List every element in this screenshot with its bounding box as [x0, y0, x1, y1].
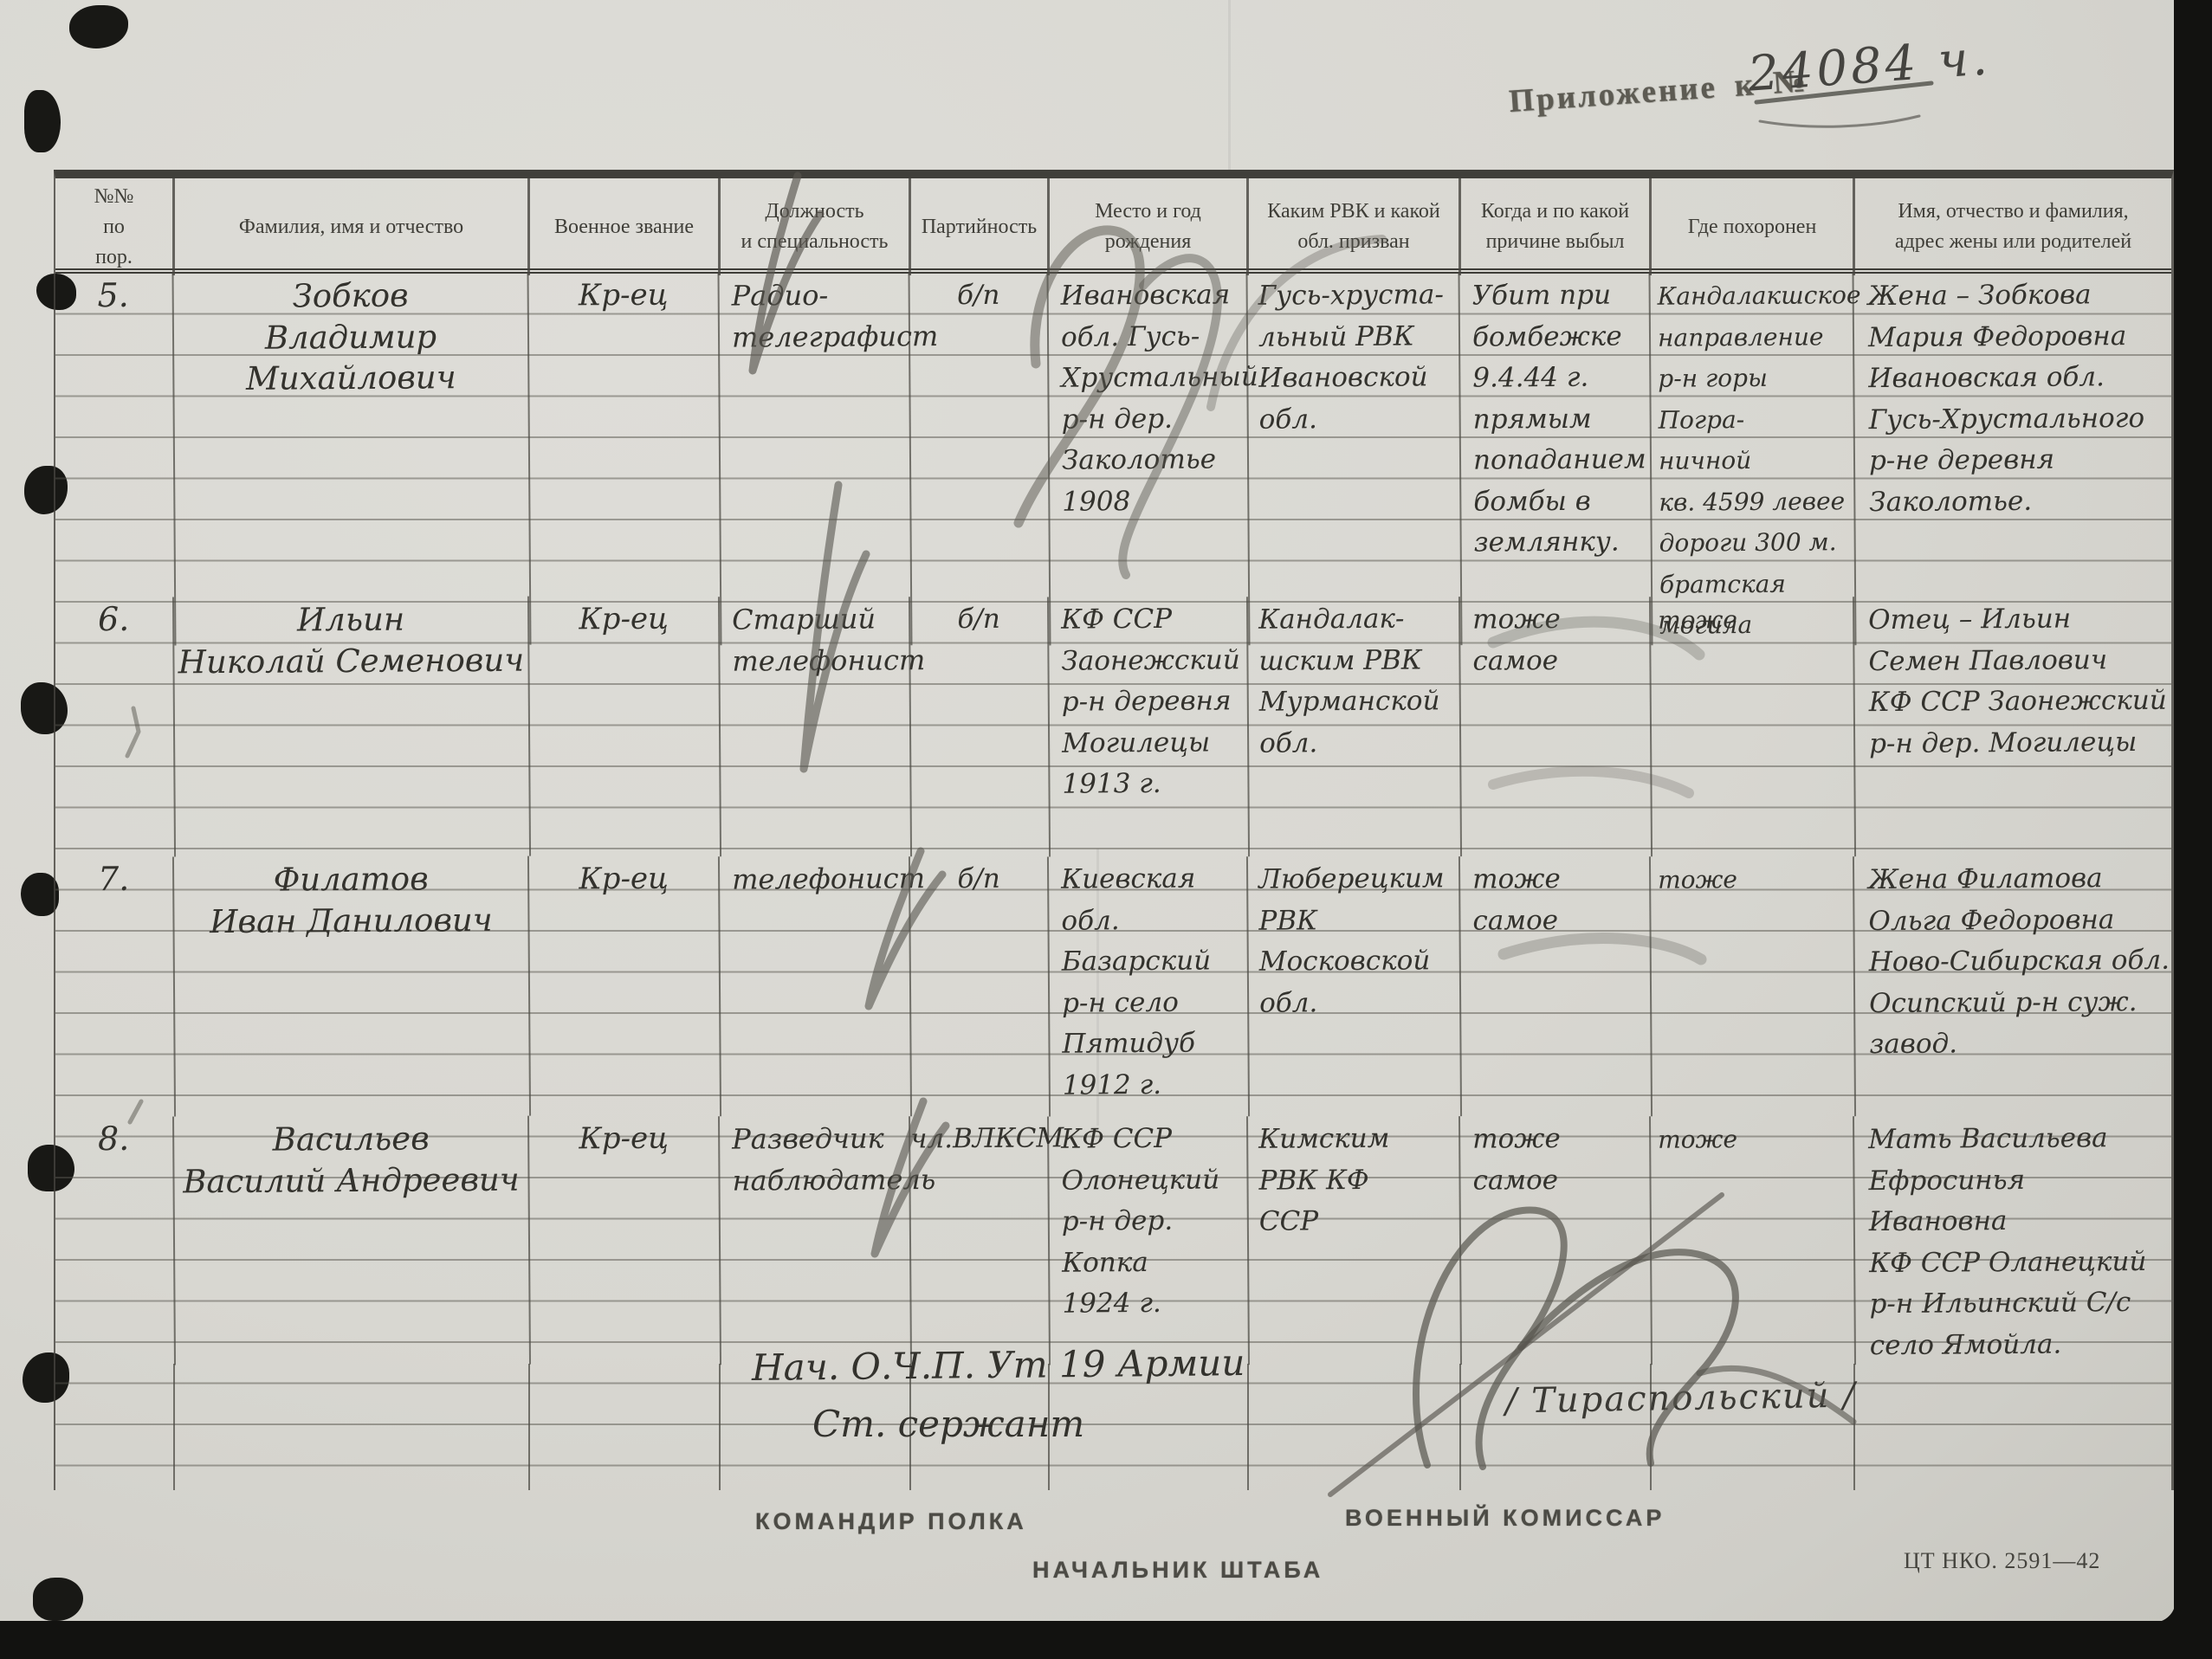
footer-chief-of-staff-title: НАЧАЛЬНИК ШТАБА: [1032, 1557, 1323, 1584]
cell-position: Радио- телеграфист: [720, 273, 913, 646]
table-row: 7. Филатов Иван Данилович Кр-ец телефони…: [55, 857, 2171, 1117]
header-name: Фамилия, имя и отчество: [175, 178, 530, 275]
signature-name: / Тираспольский /: [1505, 1375, 1857, 1421]
cell-position: телефонист: [720, 856, 912, 1118]
cell-empty: [1249, 1364, 1461, 1490]
cell-number: 7.: [55, 857, 176, 1118]
cell-empty: [1855, 1364, 2171, 1490]
paper-tear: [24, 90, 61, 152]
header-rank: Военное звание: [530, 178, 721, 275]
cell-position: Разведчик наблюдатель: [720, 1116, 912, 1366]
cell-rank: Кр-ец: [529, 273, 722, 646]
cell-name: Васильев Василий Андреевич: [174, 1116, 531, 1367]
cell-rank: Кр-ец: [529, 597, 721, 858]
cell-reason: тоже самое: [1460, 597, 1653, 858]
cell-family: Жена – Зобкова Мария Федоровна Ивановска…: [1854, 273, 2173, 647]
cell-name: Ильин Николай Семенович: [174, 597, 531, 859]
signature-line-rank: Ст. сержант: [812, 1403, 1084, 1445]
cell-empty: [530, 1364, 721, 1490]
scanned-casualty-list-page: Приложение к № 24084 ч. №№ по пор. Фамил…: [0, 0, 2212, 1659]
header-party: Партийность: [911, 178, 1050, 275]
table-header-row: №№ по пор. Фамилия, имя и отчество Военн…: [55, 178, 2171, 274]
cell-rvk: Кимским РВК КФ ССР: [1248, 1116, 1462, 1366]
cell-party: б/п: [910, 597, 1051, 857]
header-reason: Когда и по какой причине выбыл: [1461, 178, 1652, 275]
cell-reason: тоже самое: [1460, 856, 1653, 1118]
cell-empty: [175, 1364, 530, 1490]
cell-name: Филатов Иван Данилович: [174, 856, 531, 1119]
cell-buried: Кандалакшское направление р-н горы Погра…: [1651, 273, 1857, 646]
cell-rvk: Люберецким РВК Московской обл.: [1248, 856, 1462, 1118]
cell-name: Зобков Владимир Михайлович: [174, 273, 532, 647]
cell-buried: тоже: [1651, 597, 1856, 858]
cell-rvk: Гусь-хруста- льный РВК Ивановской обл.: [1248, 273, 1463, 646]
cell-family: Мать Васильева Ефросинья Ивановна КФ ССР…: [1854, 1116, 2172, 1367]
cell-rvk: Кандалак- шским РВК Мурманской обл.: [1248, 597, 1462, 858]
cell-birth: КФ ССР Заонежский р-н деревня Могилецы 1…: [1049, 597, 1250, 858]
header-number: №№ по пор.: [55, 178, 175, 275]
cell-birth: Киевская обл. Базарский р-н село Пятидуб…: [1049, 856, 1250, 1118]
scan-edge-bottom: [0, 1621, 2212, 1659]
header-position: Должность и специальность: [721, 178, 911, 275]
cell-number: 6.: [55, 597, 176, 858]
scan-edge-right: [2174, 0, 2212, 1659]
header-rvk: Каким РВК и какой обл. призван: [1249, 178, 1461, 275]
footer-commissar-title: ВОЕННЫЙ КОМИССАР: [1345, 1505, 1665, 1532]
cell-party: чл.ВЛКСМ: [910, 1116, 1051, 1365]
cell-buried: тоже: [1651, 856, 1856, 1118]
cell-birth: Ивановская обл. Гусь- Хрустальный р-н де…: [1049, 273, 1251, 646]
cell-party: б/п: [910, 273, 1051, 646]
cell-reason: Убит при бомбежке 9.4.44 г. прямым попад…: [1460, 273, 1653, 646]
header-family: Имя, отчество и фамилия, адрес жены или …: [1855, 178, 2171, 275]
cell-family: Отец – Ильин Семен Павлович КФ ССР Заоне…: [1854, 597, 2172, 859]
cell-birth: КФ ССР Олонецкий р-н дер. Копка 1924 г.: [1049, 1116, 1250, 1366]
cell-empty: [55, 1364, 175, 1490]
table-row: 8. Васильев Василий Андреевич Кр-ец Разв…: [55, 1117, 2171, 1364]
cell-reason: тоже самое: [1460, 1116, 1653, 1366]
paper-crease: [1228, 0, 1231, 173]
table-body: 5. Зобков Владимир Михайлович Кр-ец Ради…: [55, 274, 2171, 1490]
table-row: 6. Ильин Николай Семенович Кр-ец Старший…: [55, 597, 2171, 857]
cell-family: Жена Филатова Ольга Федоровна Ново-Сибир…: [1854, 856, 2172, 1119]
table-row: 5. Зобков Владимир Михайлович Кр-ец Ради…: [55, 274, 2171, 597]
cell-rank: Кр-ец: [529, 856, 721, 1118]
cell-number: 5.: [55, 274, 177, 646]
header-birth: Место и год рождения: [1050, 178, 1249, 275]
cell-party: б/п: [910, 856, 1051, 1117]
cell-rank: Кр-ец: [529, 1116, 721, 1366]
cell-number: 8.: [55, 1117, 176, 1366]
form-code: ЦТ НКО. 2591—42: [1904, 1548, 2100, 1574]
cell-position: Старший телефонист: [720, 597, 912, 858]
signature-line-rank-unit: Нач. О.Ч.П. Ут 19 Армии: [752, 1341, 1245, 1389]
casualty-table: №№ по пор. Фамилия, имя и отчество Военн…: [54, 170, 2174, 1490]
header-buried: Где похоронен: [1652, 178, 1855, 275]
footer-commander-title: КОМАНДИР ПОЛКА: [755, 1508, 1027, 1535]
cell-buried: тоже: [1651, 1116, 1856, 1366]
